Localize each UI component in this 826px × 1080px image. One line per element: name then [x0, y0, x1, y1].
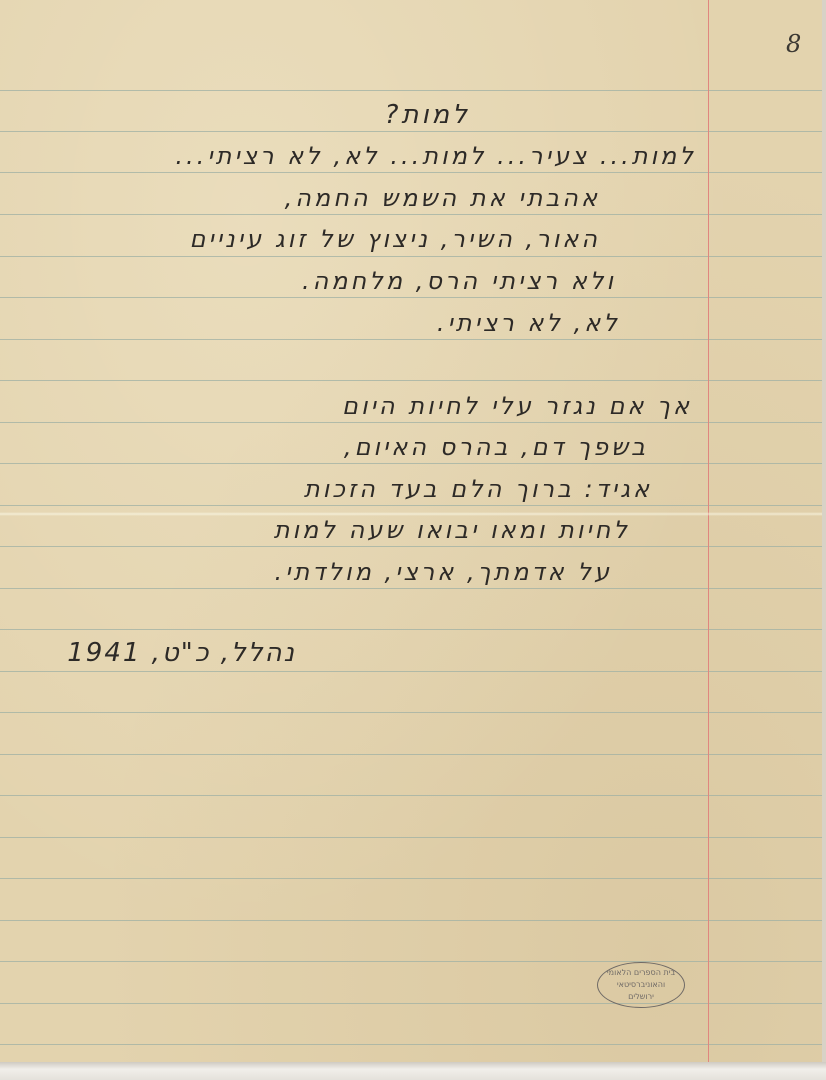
ruled-line	[0, 131, 822, 132]
ruled-line	[0, 380, 822, 381]
ruled-line	[0, 463, 822, 464]
ruled-line	[0, 339, 822, 340]
stamp-line-1: בית הספרים הלאומי	[598, 967, 684, 979]
ruled-line	[0, 297, 822, 298]
ruled-line	[0, 878, 822, 879]
ruled-line	[0, 629, 822, 630]
page-right-edge	[822, 0, 826, 1062]
ruled-line	[0, 671, 822, 672]
ruled-line	[0, 754, 822, 755]
signature-place-date: נהלל, כ"ט, 1941	[67, 638, 296, 668]
ruled-line	[0, 546, 822, 547]
stamp-line-2: והאוניברסיטאי	[598, 979, 684, 991]
page-number: 8	[786, 30, 801, 58]
poem-line-6: אך אם נגזר עלי לחיות היום	[342, 392, 692, 420]
ruled-line	[0, 172, 822, 173]
red-margin-line	[708, 0, 709, 1062]
ruled-line	[0, 795, 822, 796]
poem-line-2: אהבתי את השמש החמה,	[285, 184, 600, 212]
poem-line-8: אגיד: ברוך הלם בעד הזכות	[304, 475, 652, 503]
library-stamp: בית הספרים הלאומי והאוניברסיטאי ירושלים	[597, 962, 685, 1008]
ruled-line	[0, 90, 822, 91]
ruled-line	[0, 256, 822, 257]
ruled-line	[0, 837, 822, 838]
poem-title: למות?	[385, 100, 470, 130]
ruled-line	[0, 961, 822, 962]
scan-bottom-edge	[0, 1062, 826, 1080]
poem-line-1: למות... צעיר... למות... לא, לא רציתי...	[175, 142, 696, 170]
poem-line-9: לחיות ומאו יבואו שעה למות	[274, 516, 630, 544]
ruled-line	[0, 1003, 822, 1004]
poem-line-4: ולא רציתי הרס, מלחמה.	[302, 267, 616, 295]
ruled-line	[0, 920, 822, 921]
ruled-line	[0, 1044, 822, 1045]
poem-line-7: בשפך דם, בהרס האיום,	[344, 433, 648, 461]
manuscript-page: 8 למות? למות... צעיר... למות... לא, לא ר…	[0, 0, 822, 1062]
stamp-line-3: ירושלים	[598, 991, 684, 1003]
ruled-line	[0, 505, 822, 506]
poem-line-5: לא, לא רציתי.	[437, 309, 620, 337]
ruled-line	[0, 214, 822, 215]
ruled-line	[0, 422, 822, 423]
ruled-line	[0, 588, 822, 589]
ruled-line	[0, 712, 822, 713]
poem-line-10: על אדמתך, ארצי, מולדתי.	[275, 558, 612, 586]
poem-line-3: האור, השיר, ניצוץ של זוג עיניים	[189, 225, 600, 253]
